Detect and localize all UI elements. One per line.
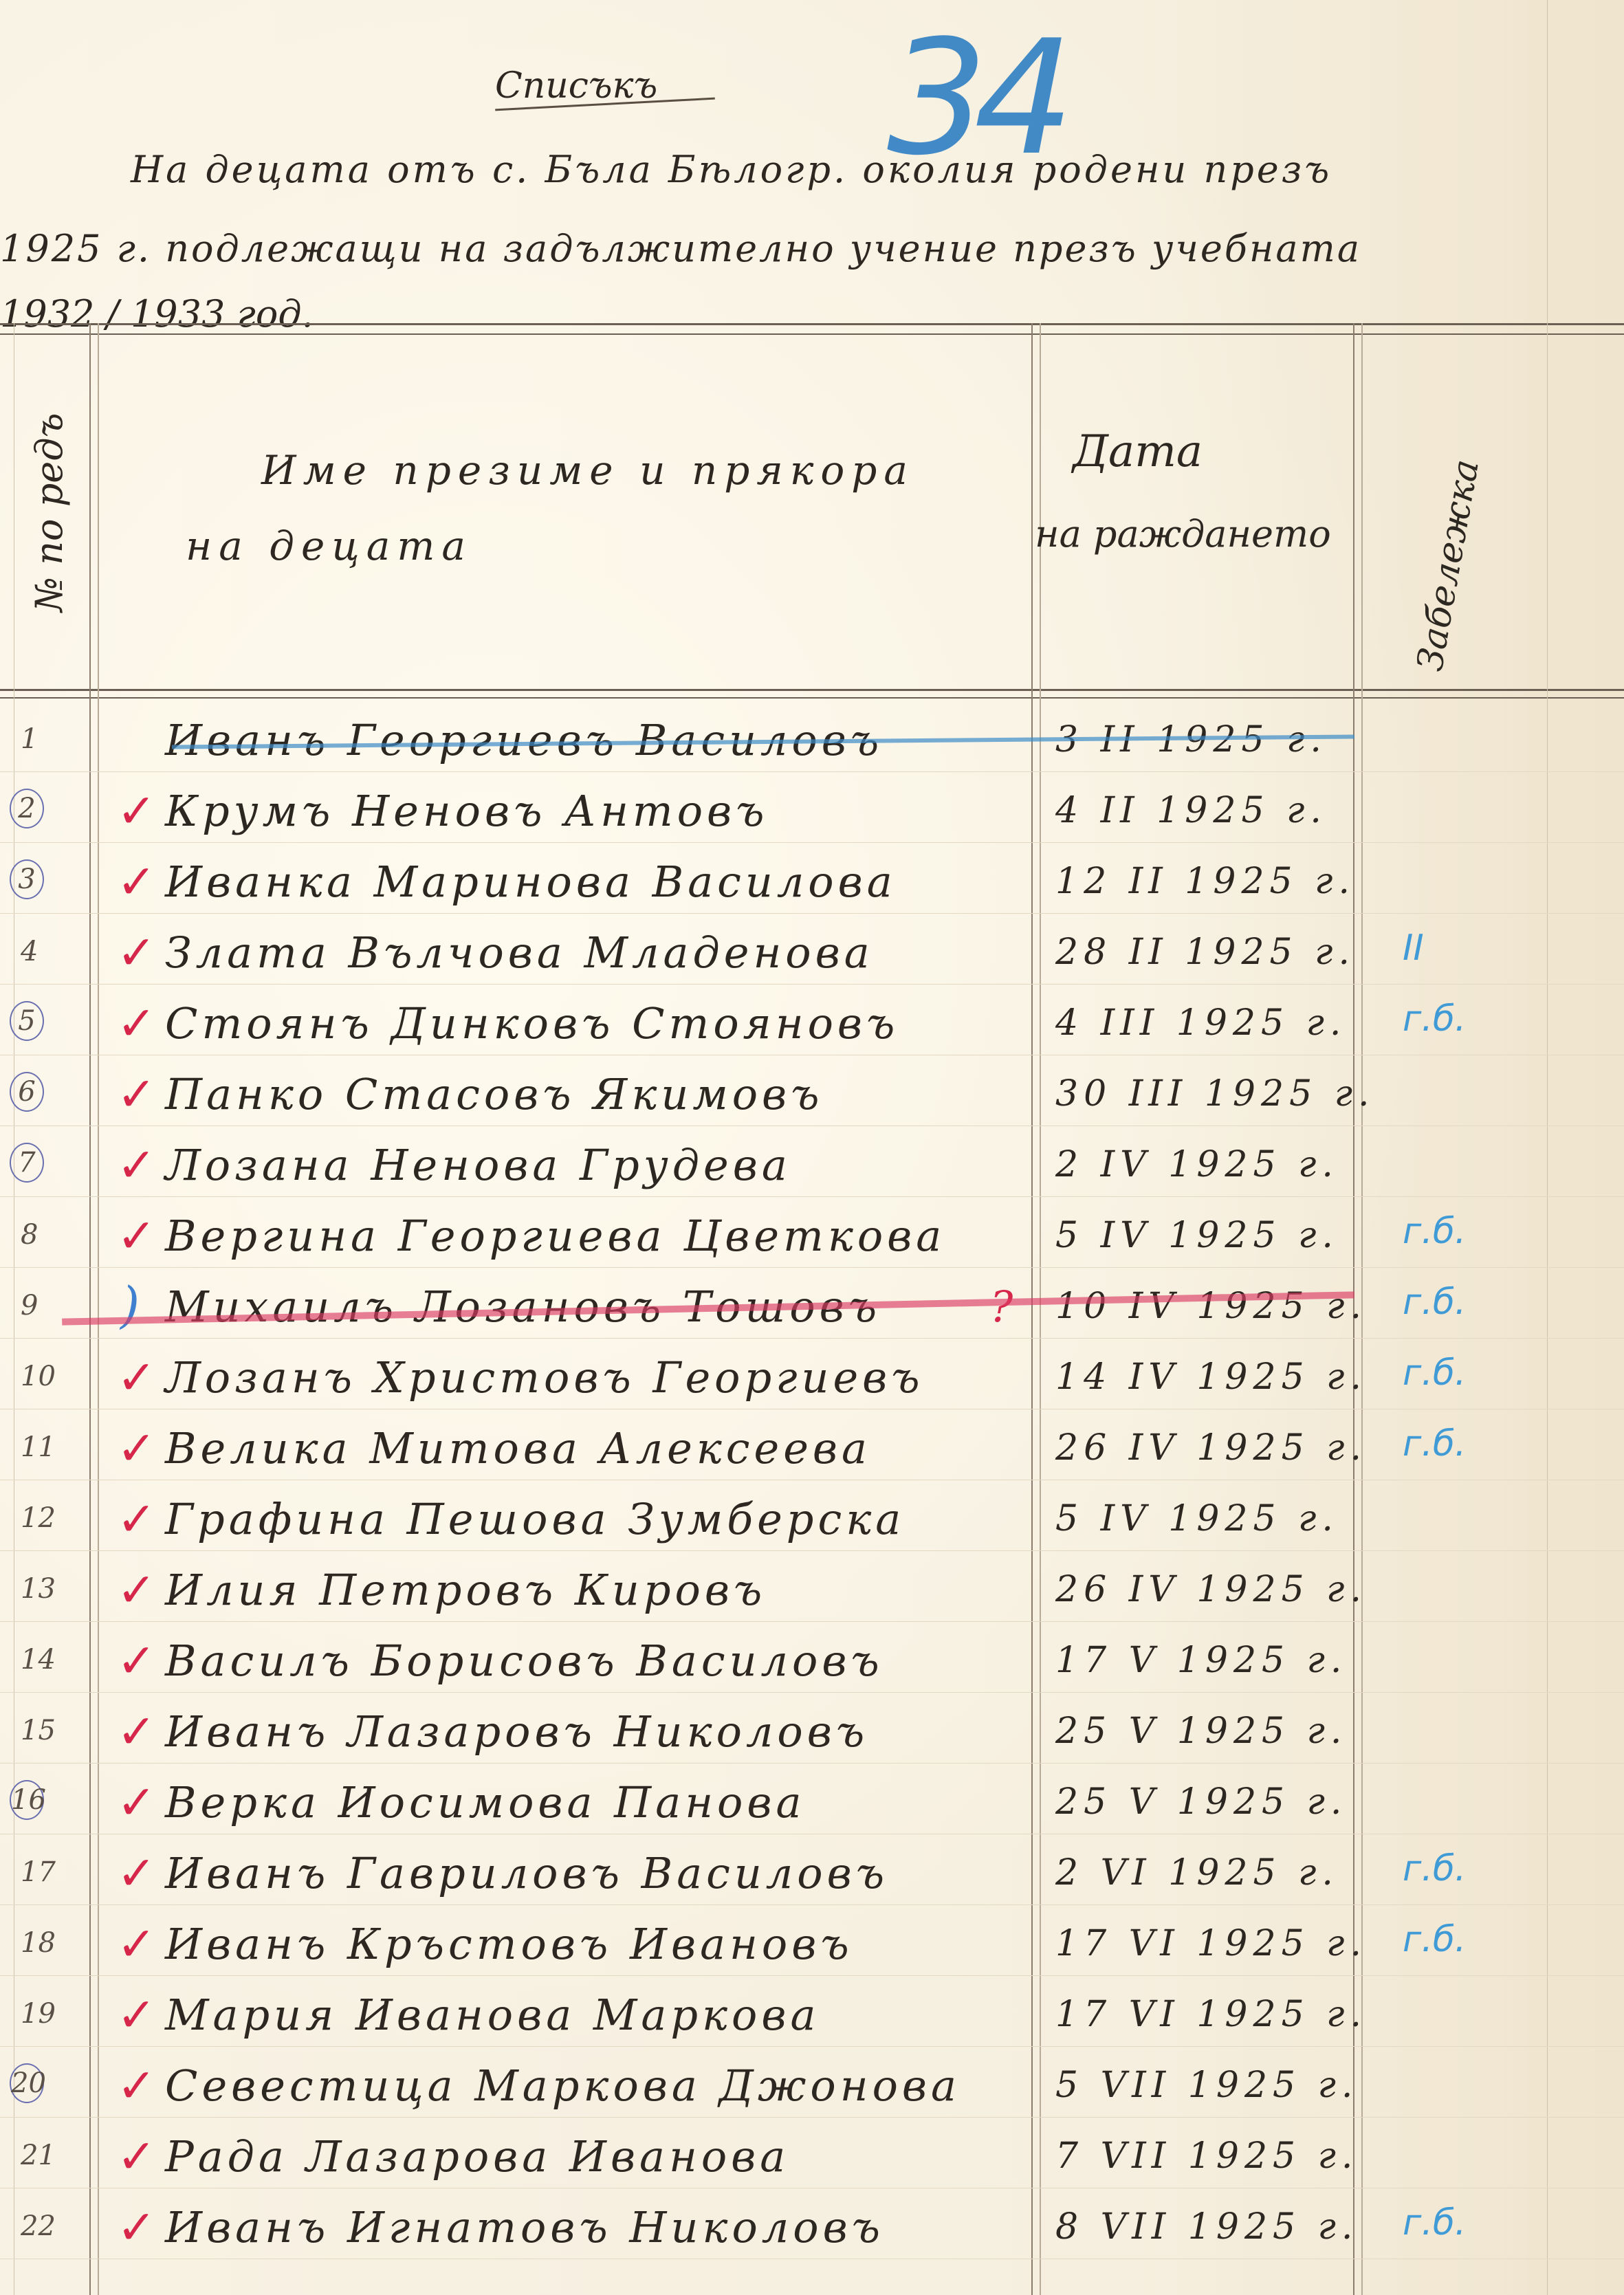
birth-date: 26 IV 1925 г. (1055, 1569, 1367, 1610)
table-row: 1Иванъ Георгиевъ Василовъ3 II 1925 г. (0, 715, 1624, 756)
question-mark: ? (990, 1282, 1013, 1332)
row-guide-line (0, 1621, 1624, 1622)
row-number: 12 (21, 1502, 56, 1534)
table-row: 3✓Иванка Маринова Василова12 II 1925 г. (0, 857, 1624, 898)
row-guide-line (0, 1196, 1624, 1197)
table-row: 19✓Мария Иванова Маркова17 VI 1925 г. (0, 1990, 1624, 2031)
blue-bracket-mark: ) (120, 1276, 140, 1334)
red-checkmark-icon: ✓ (117, 2059, 156, 2113)
red-checkmark-icon: ✓ (117, 1918, 156, 1972)
birth-date: 5 IV 1925 г. (1055, 1215, 1339, 1256)
intro-line-1: На децата отъ с. Бъла Бѣлогр. околия род… (131, 148, 1332, 191)
child-name: Мария Иванова Маркова (165, 1990, 820, 2040)
row-number: 1 (21, 723, 38, 755)
row-guide-line (0, 842, 1624, 843)
row-note: г.б. (1403, 1848, 1466, 1889)
child-name: Графина Пешова Зумберска (165, 1494, 905, 1544)
birth-date: 7 VII 1925 г. (1055, 2135, 1358, 2177)
row-note: г.б. (1403, 1423, 1466, 1464)
table-row: 5✓Стоянъ Динковъ Стояновъ4 III 1925 г.г.… (0, 998, 1624, 1040)
birth-date: 25 V 1925 г. (1055, 1711, 1347, 1752)
birth-date: 5 VII 1925 г. (1055, 2065, 1358, 2106)
birth-date: 25 V 1925 г. (1055, 1781, 1347, 1823)
row-number: 8 (21, 1219, 38, 1251)
table-row: 14✓Василъ Борисовъ Василовъ17 V 1925 г. (0, 1636, 1624, 1677)
row-number: 7 (10, 1143, 44, 1183)
document-title: Списъкъ (495, 65, 657, 107)
table-top-rule (0, 323, 1624, 325)
red-checkmark-icon: ✓ (117, 784, 156, 839)
header-number: № по редъ (28, 413, 71, 612)
table-row: 18✓Иванъ Кръстовъ Ивановъ17 VI 1925 г.г.… (0, 1919, 1624, 1960)
table-row: 16✓Верка Иосимова Панова25 V 1925 г. (0, 1777, 1624, 1819)
row-number: 18 (21, 1927, 56, 1959)
birth-date: 2 IV 1925 г. (1055, 1144, 1339, 1185)
intro-line-3: 1932 / 1933 год. (0, 292, 314, 336)
row-number: 22 (21, 2210, 56, 2242)
child-name: Иванъ Игнатовъ Николовъ (165, 2202, 884, 2252)
red-checkmark-icon: ✓ (117, 1988, 156, 2043)
row-guide-line (0, 1480, 1624, 1480)
row-number: 2 (10, 789, 44, 828)
intro-line-2: 1925 г. подлежащи на задължително учение… (0, 227, 1361, 270)
red-checkmark-icon: ✓ (117, 1351, 156, 1405)
birth-date: 8 VII 1925 г. (1055, 2206, 1358, 2248)
birth-date: 2 VI 1925 г. (1055, 1852, 1339, 1893)
row-guide-line (0, 1763, 1624, 1764)
row-number: 10 (21, 1361, 56, 1392)
row-guide-line (0, 2188, 1624, 2188)
red-checkmark-icon: ✓ (117, 1634, 156, 1689)
child-name: Рада Лазарова Иванова (165, 2131, 789, 2182)
table-row: 4✓Злата Вълчова Младенова28 II 1925 г.II (0, 927, 1624, 969)
red-checkmark-icon: ✓ (117, 997, 156, 1051)
birth-date: 4 III 1925 г. (1055, 1002, 1346, 1044)
table-top-rule-2 (0, 333, 1624, 335)
birth-date: 17 VI 1925 г. (1055, 1923, 1367, 1964)
row-note: г.б. (1403, 1211, 1466, 1252)
table-row: 13✓Илия Петровъ Кировъ26 IV 1925 г. (0, 1565, 1624, 1606)
child-name: Панко Стасовъ Якимовъ (165, 1069, 823, 1119)
row-number: 19 (21, 1998, 56, 2030)
row-note: г.б. (1403, 1919, 1466, 1960)
table-row: 10✓Лозанъ Христовъ Георгиевъ14 IV 1925 г… (0, 1352, 1624, 1394)
red-checkmark-icon: ✓ (117, 1847, 156, 1901)
row-guide-line (0, 1055, 1624, 1055)
child-name: Илия Петровъ Кировъ (165, 1565, 766, 1615)
row-note: г.б. (1403, 2202, 1466, 2243)
red-checkmark-icon: ✓ (117, 1422, 156, 1476)
child-name: Севестица Маркова Джонова (165, 2061, 961, 2111)
row-guide-line (0, 2117, 1624, 2118)
table-row: 22✓Иванъ Игнатовъ Николовъ8 VII 1925 г.г… (0, 2202, 1624, 2243)
child-name: Иванъ Гавриловъ Василовъ (165, 1848, 888, 1898)
row-number: 13 (21, 1573, 56, 1605)
birth-date: 14 IV 1925 г. (1055, 1357, 1367, 1398)
birth-date: 26 IV 1925 г. (1055, 1427, 1367, 1469)
red-checkmark-icon: ✓ (117, 1139, 156, 1193)
row-number: 9 (21, 1290, 38, 1321)
row-guide-line (0, 1834, 1624, 1834)
row-number: 5 (10, 1001, 44, 1041)
child-name: Верка Иосимова Панова (165, 1777, 805, 1827)
table-row: 20✓Севестица Маркова Джонова5 VII 1925 г… (0, 2061, 1624, 2102)
row-note: II (1403, 927, 1424, 969)
row-guide-line (0, 1975, 1624, 1976)
table-row: 11✓Велика Митова Алексеева26 IV 1925 г.г… (0, 1423, 1624, 1464)
row-number: 11 (21, 1431, 56, 1463)
red-checkmark-icon: ✓ (117, 1776, 156, 1830)
row-number: 3 (10, 859, 44, 899)
row-guide-line (0, 1125, 1624, 1126)
header-name-line1: Име презиме и прякора (261, 447, 914, 494)
row-number: 4 (21, 936, 38, 967)
row-guide-line (0, 1267, 1624, 1268)
red-checkmark-icon: ✓ (117, 1068, 156, 1122)
birth-date: 30 III 1925 г. (1055, 1073, 1375, 1114)
child-name: Лозанъ Христовъ Георгиевъ (165, 1352, 924, 1403)
child-name: Лозана Ненова Грудева (165, 1140, 791, 1190)
table-row: 12✓Графина Пешова Зумберска5 IV 1925 г. (0, 1494, 1624, 1535)
child-name: Злата Вълчова Младенова (165, 927, 874, 978)
table-row: 15✓Иванъ Лазаровъ Николовъ25 V 1925 г. (0, 1706, 1624, 1748)
table-row: 7✓Лозана Ненова Грудева2 IV 1925 г. (0, 1140, 1624, 1181)
row-number: 15 (21, 1715, 56, 1746)
child-name: Крумъ Неновъ Антовъ (165, 786, 768, 836)
header-bottom-rule (0, 689, 1624, 691)
row-number: 21 (21, 2140, 56, 2171)
child-name: Василъ Борисовъ Василовъ (165, 1636, 884, 1686)
row-guide-line (0, 1692, 1624, 1693)
row-note: г.б. (1403, 1282, 1466, 1323)
red-checkmark-icon: ✓ (117, 855, 156, 910)
row-note: г.б. (1403, 1352, 1466, 1394)
birth-date: 4 II 1925 г. (1055, 790, 1327, 831)
child-name: Вергина Георгиева Цветкова (165, 1211, 945, 1261)
row-guide-line (0, 1550, 1624, 1551)
red-checkmark-icon: ✓ (117, 2130, 156, 2184)
red-checkmark-icon: ✓ (117, 1209, 156, 1264)
header-name-line2: на децата (186, 523, 472, 569)
birth-date: 12 II 1925 г. (1055, 861, 1355, 902)
table-row: 8✓Вергина Георгиева Цветкова5 IV 1925 г.… (0, 1211, 1624, 1252)
row-guide-line (0, 1338, 1624, 1339)
child-name: Иванъ Кръстовъ Ивановъ (165, 1919, 853, 1969)
table-row: 21✓Рада Лазарова Иванова7 VII 1925 г. (0, 2131, 1624, 2173)
header-date-line2: на раждането (1035, 512, 1331, 556)
row-guide-line (0, 1409, 1624, 1409)
row-guide-line (0, 771, 1624, 772)
row-guide-line (0, 2259, 1624, 2259)
row-number: 6 (10, 1072, 44, 1112)
row-guide-line (0, 1904, 1624, 1905)
child-name: Иванка Маринова Василова (165, 857, 897, 907)
row-guide-line (0, 913, 1624, 914)
row-number: 14 (21, 1644, 56, 1676)
header-bottom-rule-2 (0, 697, 1624, 699)
row-guide-line (0, 2046, 1624, 2047)
red-checkmark-icon: ✓ (117, 1705, 156, 1759)
row-number: 16 (10, 1780, 44, 1820)
red-checkmark-icon: ✓ (117, 926, 156, 980)
table-row: 6✓Панко Стасовъ Якимовъ30 III 1925 г. (0, 1069, 1624, 1110)
table-row: 2✓Крумъ Неновъ Антовъ4 II 1925 г. (0, 786, 1624, 827)
red-checkmark-icon: ✓ (117, 2201, 156, 2255)
red-checkmark-icon: ✓ (117, 1563, 156, 1618)
header-date-line1: Дата (1073, 426, 1203, 477)
child-name: Стоянъ Динковъ Стояновъ (165, 998, 899, 1048)
row-note: г.б. (1403, 998, 1466, 1040)
birth-date: 28 II 1925 г. (1055, 932, 1355, 973)
row-number: 20 (10, 2063, 44, 2103)
table-row: 17✓Иванъ Гавриловъ Василовъ2 VI 1925 г.г… (0, 1848, 1624, 1889)
red-checkmark-icon: ✓ (117, 1493, 156, 1547)
birth-date: 5 IV 1925 г. (1055, 1498, 1339, 1539)
row-number: 17 (21, 1856, 56, 1888)
birth-date: 17 VI 1925 г. (1055, 1994, 1367, 2035)
child-name: Велика Митова Алексеева (165, 1423, 871, 1473)
child-name: Иванъ Лазаровъ Николовъ (165, 1706, 868, 1757)
birth-date: 17 V 1925 г. (1055, 1640, 1347, 1681)
table-row: 9)Михаилъ Лозановъ Тошовъ?10 IV 1925 г.г… (0, 1282, 1624, 1323)
row-guide-line (0, 984, 1624, 985)
